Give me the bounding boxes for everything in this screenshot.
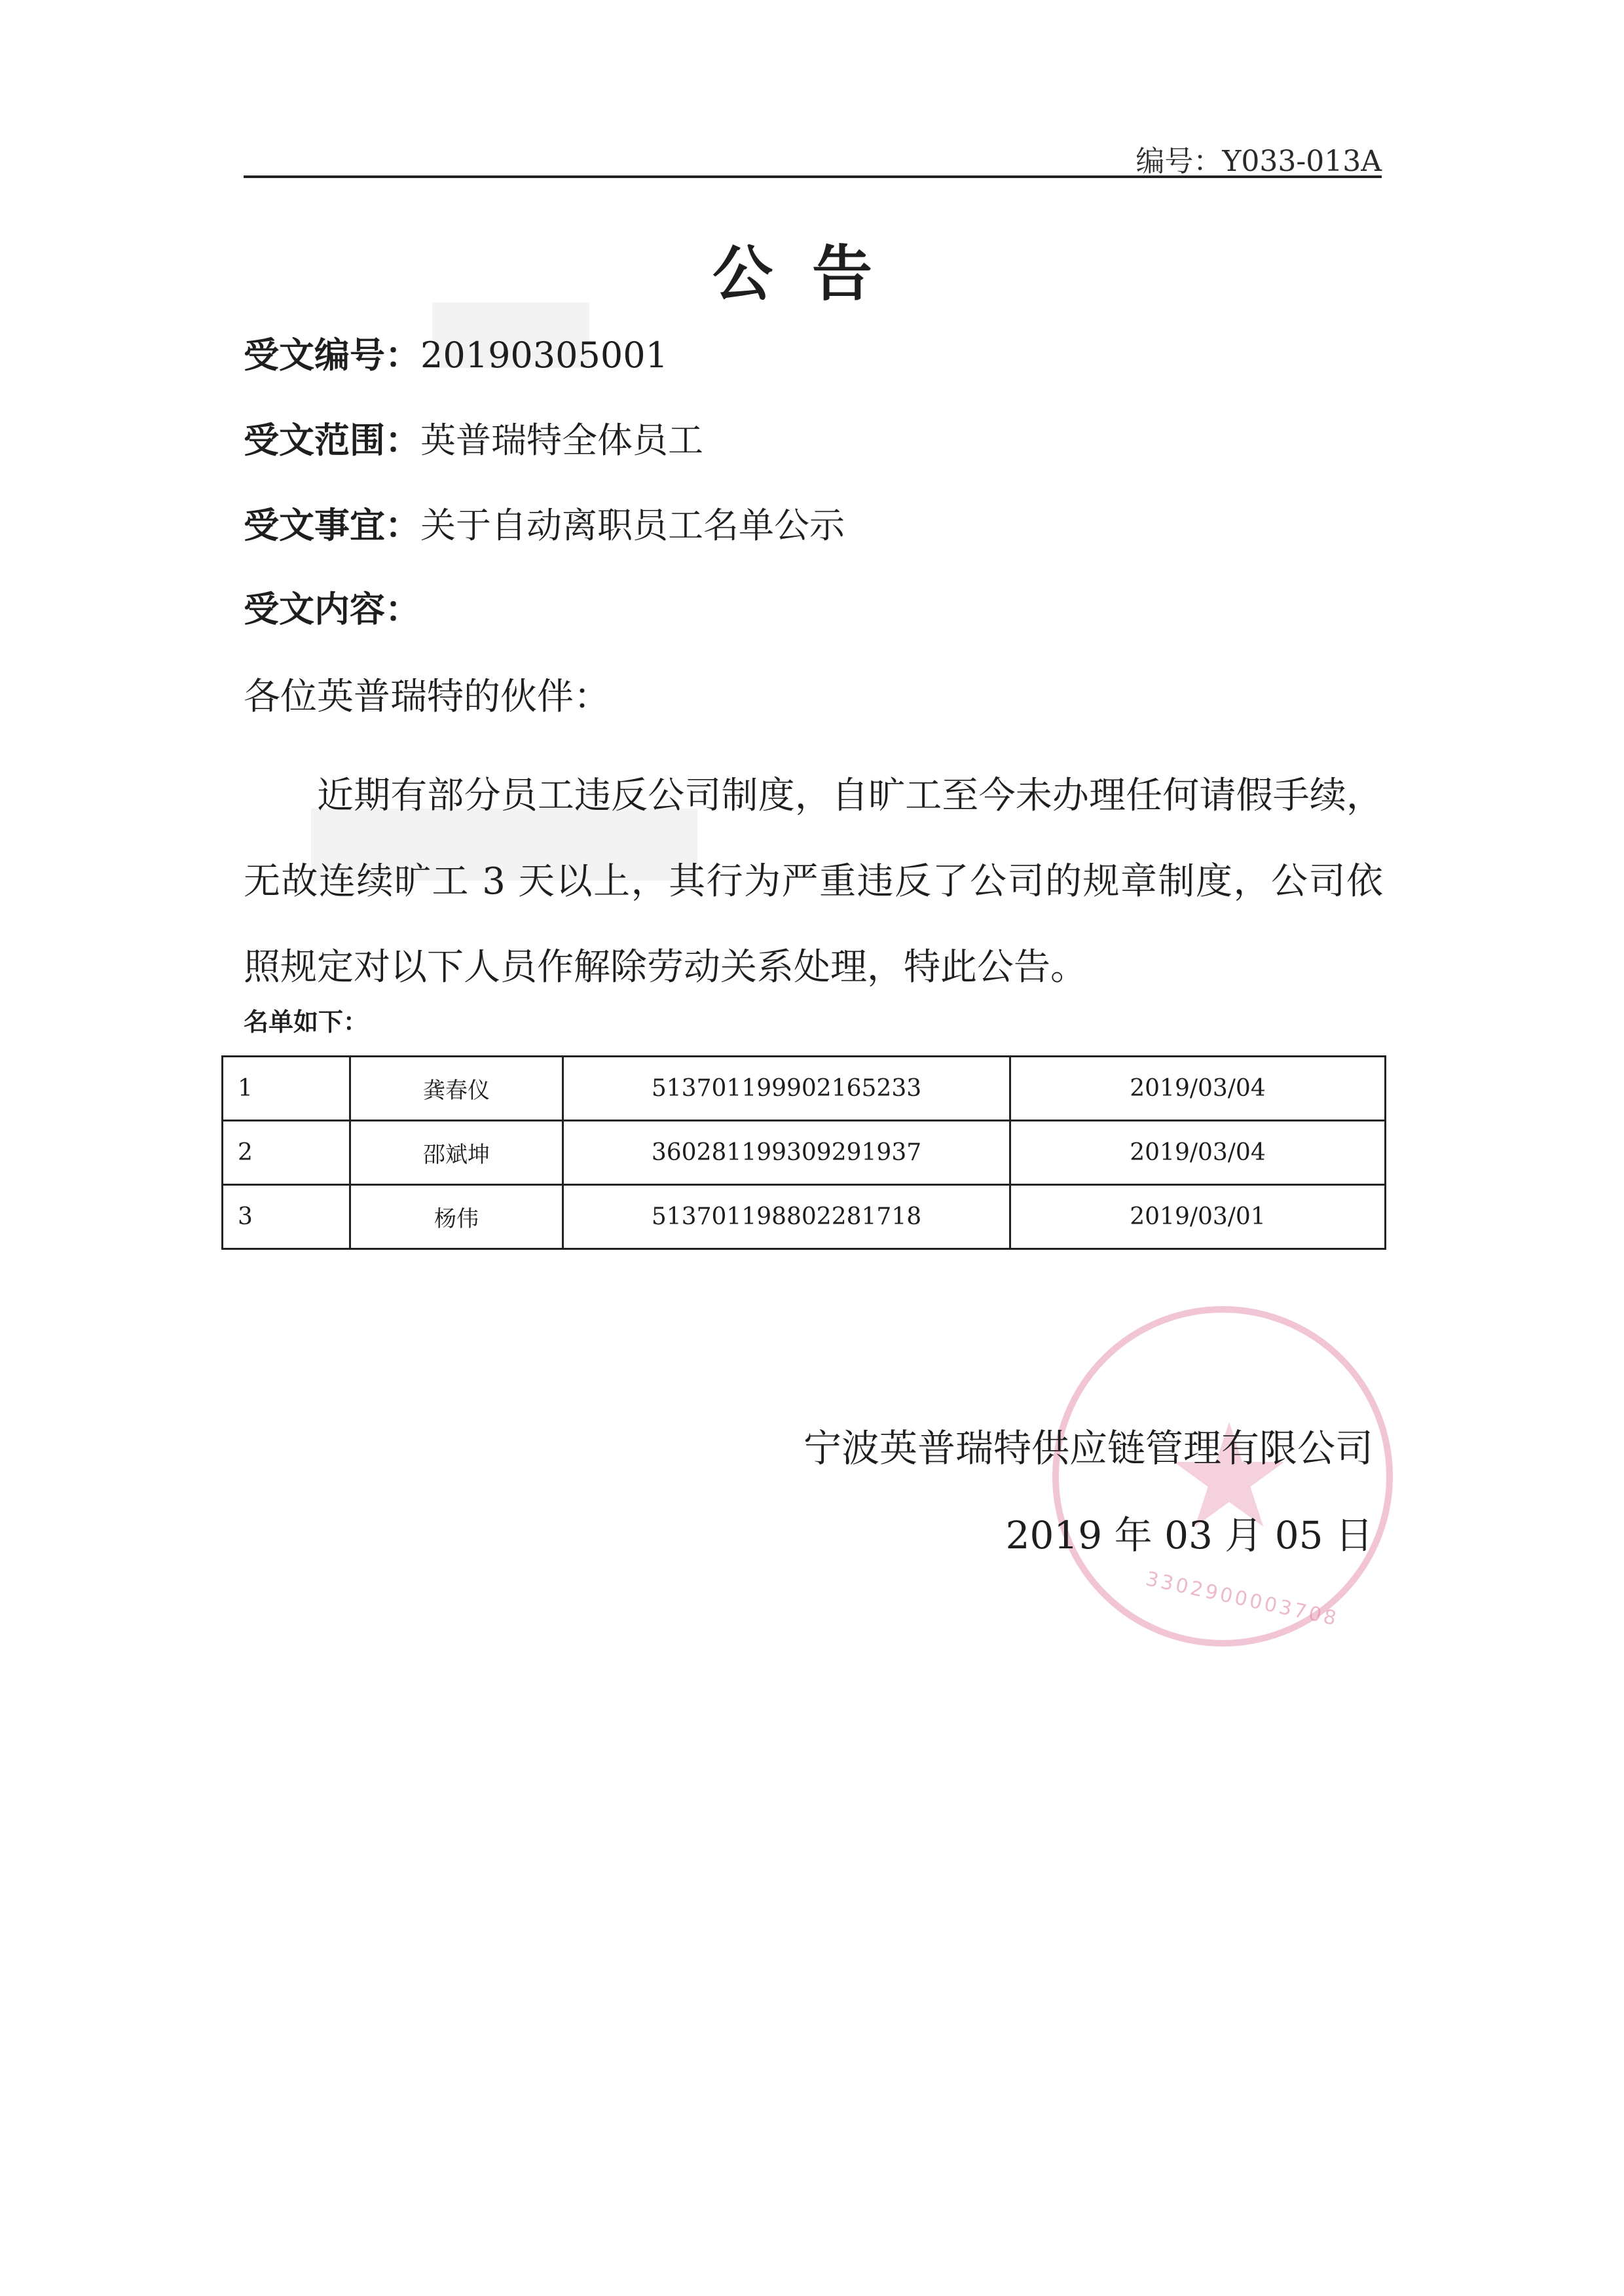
field-scope: 受文范围：英普瑞特全体员工 <box>244 412 703 463</box>
cell-name: 邵斌坤 <box>350 1121 563 1185</box>
field-label: 受文编号： <box>244 335 420 376</box>
document-code: 编号：Y033-013A <box>1135 137 1382 179</box>
body-paragraph: 近期有部分员工违反公司制度，自旷工至今未办理任何请假手续，无故连续旷工 3 天以… <box>244 753 1383 1010</box>
page-title: 公告 <box>0 226 1624 312</box>
company-seal: ★ 3302900003708 <box>1052 1306 1393 1647</box>
field-content: 受文内容： <box>244 581 420 632</box>
field-label: 受文内容： <box>244 589 420 630</box>
cell-index: 3 <box>223 1185 350 1249</box>
document-code-value: Y033-013A <box>1222 145 1382 178</box>
greeting: 各位英普瑞特的伙伴： <box>244 668 610 720</box>
roster-table: 1 龚春仪 513701199902165233 2019/03/04 2 邵斌… <box>221 1055 1386 1250</box>
cell-name: 龚春仪 <box>350 1057 563 1121</box>
cell-date: 2019/03/04 <box>1010 1057 1386 1121</box>
seal-number: 3302900003708 <box>1144 1567 1341 1631</box>
field-document-number: 受文编号：20190305001 <box>244 327 668 378</box>
document-code-label: 编号： <box>1135 145 1222 178</box>
field-label: 受文事宜： <box>244 505 420 546</box>
field-value: 英普瑞特全体员工 <box>420 420 703 461</box>
cell-date: 2019/03/01 <box>1010 1185 1386 1249</box>
list-label: 名单如下： <box>244 1002 368 1038</box>
cell-index: 2 <box>223 1121 350 1185</box>
table-row: 2 邵斌坤 360281199309291937 2019/03/04 <box>223 1121 1386 1185</box>
cell-id-number: 513701199902165233 <box>563 1057 1010 1121</box>
field-subject: 受文事宜：关于自动离职员工名单公示 <box>244 498 845 548</box>
field-value: 关于自动离职员工名单公示 <box>420 505 845 546</box>
issuer-company: 宁波英普瑞特供应链管理有限公司 <box>803 1417 1373 1472</box>
cell-id-number: 513701198802281718 <box>563 1185 1010 1249</box>
issue-date: 2019 年 03 月 05 日 <box>1006 1504 1373 1559</box>
field-value: 20190305001 <box>420 335 668 376</box>
table-row: 1 龚春仪 513701199902165233 2019/03/04 <box>223 1057 1386 1121</box>
cell-index: 1 <box>223 1057 350 1121</box>
cell-name: 杨伟 <box>350 1185 563 1249</box>
cell-date: 2019/03/04 <box>1010 1121 1386 1185</box>
cell-id-number: 360281199309291937 <box>563 1121 1010 1185</box>
table-row: 3 杨伟 513701198802281718 2019/03/01 <box>223 1185 1386 1249</box>
field-label: 受文范围： <box>244 420 420 461</box>
header-divider <box>244 175 1382 178</box>
